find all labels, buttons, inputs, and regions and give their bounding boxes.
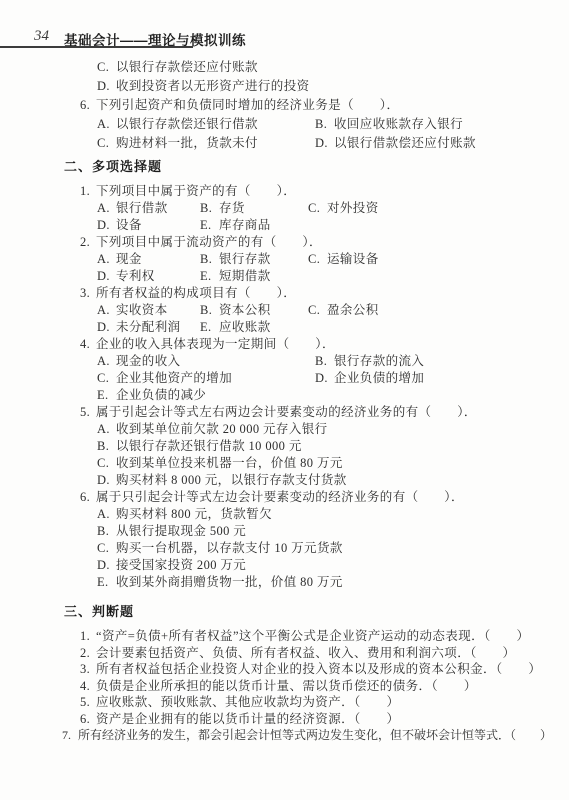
option-row: D.未分配利润 E.应收账款 [0, 319, 569, 336]
option-text: 企业负债的增加 [334, 371, 424, 385]
option-text: 收到某单位投来机器一台，价值 80 万元 [116, 456, 343, 470]
option-item: B.银行存款的流入 [315, 353, 424, 370]
judgment-item: 3.所有者权益包括企业投资人对企业的投入资本以及形成的资本公积金．（ ） [0, 661, 569, 678]
option-letter: C. [97, 134, 116, 153]
item-text: 所有者权益包括企业投资人对企业的投入资本以及形成的资本公积金．（ ） [96, 662, 541, 676]
page-content: C.以银行存款偿还应付账款 D.收到投资者以无形资产进行的投资 6.下列引起资产… [0, 48, 569, 744]
option-letter: E. [97, 387, 116, 404]
option-item: B.存货 [200, 200, 308, 217]
option-item: B.从银行提取现金 500 元 [0, 523, 569, 540]
item-text: 负债是企业所承担的能以货币计量、需以货币偿还的债务．（ ） [96, 679, 477, 693]
option-row: D.设备 E.库存商品 [0, 217, 569, 234]
option-row: A.以银行存款偿还银行借款 B.收回应收账款存入银行 [0, 115, 569, 134]
option-letter: C. [97, 455, 116, 472]
question-number: 5. [80, 404, 96, 421]
question-number: 1. [80, 183, 96, 200]
option-text: 资本公积 [219, 303, 271, 317]
option-item: D.收到投资者以无形资产进行的投资 [0, 77, 569, 96]
item-text: 所有经济业务的发生，都会引起会计恒等式两边发生变化，但不破坏会计恒等式．（ ） [78, 728, 552, 742]
option-text: 银行存款的流入 [334, 354, 424, 368]
question-item: 6.下列引起资产和负债同时增加的经济业务是（ ）． [0, 96, 569, 115]
option-item: A.购买材料 800 元，货款暂欠 [0, 506, 569, 523]
option-item: D.未分配利润 [97, 319, 200, 336]
option-item: D.购买材料 8 000 元，以银行存款支付货款 [0, 472, 569, 489]
option-text: 购买材料 8 000 元，以银行存款支付货款 [116, 473, 347, 487]
option-text: 收到某单位前欠款 20 000 元存入银行 [116, 422, 328, 436]
option-letter: D. [97, 77, 116, 96]
option-text: 收到某外商捐赠货物一批，价值 80 万元 [116, 575, 343, 589]
item-number: 1. [80, 628, 96, 645]
option-item: A.现金 [97, 251, 200, 268]
option-item: C.购买一台机器，以存款支付 10 万元货款 [0, 540, 569, 557]
option-letter: E. [200, 268, 219, 285]
item-number: 4. [80, 678, 96, 695]
item-text: 资产是企业拥有的能以货币计量的经济资源．（ ） [96, 712, 399, 726]
option-row: C.企业其他资产的增加 D.企业负债的增加 [0, 370, 569, 387]
option-letter: D. [315, 370, 334, 387]
option-letter: B. [200, 200, 219, 217]
option-row: C.购进材料一批，货款未付 D.以银行借款偿还应付账款 [0, 134, 569, 153]
question-number: 3. [80, 285, 96, 302]
option-letter: D. [97, 472, 116, 489]
option-item: E.企业负债的减少 [0, 387, 569, 404]
option-item: C.运输设备 [308, 251, 379, 268]
question-text: 属于只引起会计等式左边会计要素变动的经济业务的有（ ）． [96, 490, 464, 504]
option-text: 以银行存款偿还银行借款 [116, 117, 258, 131]
option-letter: A. [97, 421, 116, 438]
question-text: 下列引起资产和负债同时增加的经济业务是（ ）． [96, 98, 399, 112]
question-number: 2. [80, 234, 96, 251]
question-text: 下列项目中属于流动资产的有（ ）． [96, 235, 322, 249]
option-letter: C. [308, 251, 327, 268]
judgment-section: 1.“资产=负债+所有者权益”这个平衡公式是企业资产运动的动态表现．（ ） 2.… [0, 628, 569, 744]
option-item: A.实收资本 [97, 302, 200, 319]
item-number: 2. [80, 645, 96, 662]
question-number: 6. [80, 489, 96, 506]
option-letter: E. [97, 574, 116, 591]
option-item: C.企业其他资产的增加 [97, 370, 315, 387]
option-item: A.银行借款 [97, 200, 200, 217]
option-text: 盈余公积 [327, 303, 379, 317]
option-item: D.以银行借款偿还应付账款 [315, 134, 476, 153]
question-item: 3.所有者权益的构成项目有（ ）． [0, 285, 569, 302]
scanned-textbook-page: 34 基础会计——理论与模拟训练 C.以银行存款偿还应付账款 D.收到投资者以无… [0, 0, 569, 800]
option-letter: C. [97, 370, 116, 387]
option-item: C.以银行存款偿还应付账款 [0, 58, 569, 77]
option-letter: B. [97, 523, 116, 540]
option-text: 企业负债的减少 [116, 388, 206, 402]
option-text: 接受国家投资 200 万元 [116, 558, 246, 572]
option-letter: D. [97, 319, 116, 336]
question-item: 5.属于引起会计等式左右两边会计要素变动的经济业务的有（ ）． [0, 404, 569, 421]
option-item: D.企业负债的增加 [315, 370, 424, 387]
option-item: D.专利权 [97, 268, 200, 285]
option-letter: A. [97, 251, 116, 268]
option-item: E.库存商品 [200, 217, 271, 234]
judgment-item: 4.负债是企业所承担的能以货币计量、需以货币偿还的债务．（ ） [0, 678, 569, 695]
question-text: 属于引起会计等式左右两边会计要素变动的经济业务的有（ ）． [96, 405, 477, 419]
item-number: 7. [62, 727, 78, 744]
option-text: 购进材料一批，货款未付 [116, 136, 258, 150]
question-item: 1.下列项目中属于资产的有（ ）． [0, 183, 569, 200]
option-text: 以银行存款还银行借款 10 000 元 [116, 439, 302, 453]
option-text: 银行借款 [116, 201, 168, 215]
question-text: 企业的收入具体表现为一定期间（ ）． [96, 337, 335, 351]
question-item: 2.下列项目中属于流动资产的有（ ）． [0, 234, 569, 251]
option-letter: D. [97, 217, 116, 234]
option-item: B.以银行存款还银行借款 10 000 元 [0, 438, 569, 455]
single-choice-section-tail: C.以银行存款偿还应付账款 D.收到投资者以无形资产进行的投资 6.下列引起资产… [0, 58, 569, 153]
question-text: 下列项目中属于资产的有（ ）． [96, 184, 296, 198]
option-row: D.专利权 E.短期借款 [0, 268, 569, 285]
option-letter: A. [97, 115, 116, 134]
option-letter: C. [97, 58, 116, 77]
option-text: 企业其他资产的增加 [116, 371, 232, 385]
question-number: 4. [80, 336, 96, 353]
option-letter: C. [308, 200, 327, 217]
option-text: 实收资本 [116, 303, 168, 317]
option-text: 银行存款 [219, 252, 271, 266]
option-text: 库存商品 [219, 218, 271, 232]
option-text: 从银行提取现金 500 元 [116, 524, 246, 538]
option-text: 专利权 [116, 269, 155, 283]
option-letter: D. [97, 268, 116, 285]
judgment-item: 5.应收账款、预收账款、其他应收款均为资产．（ ） [0, 694, 569, 711]
judgment-item: 7.所有经济业务的发生，都会引起会计恒等式两边发生变化，但不破坏会计恒等式．（ … [0, 727, 569, 744]
header-rule [0, 46, 193, 48]
option-text: 未分配利润 [116, 320, 181, 334]
option-letter: D. [315, 134, 334, 153]
option-text: 购买材料 800 元，货款暂欠 [116, 507, 272, 521]
option-letter: A. [97, 506, 116, 523]
judgment-item: 2.会计要素包括资产、负债、所有者权益、收入、费用和利润六项．（ ） [0, 645, 569, 662]
option-letter: E. [200, 217, 219, 234]
option-text: 收回应收账款存入银行 [334, 117, 463, 131]
option-item: D.接受国家投资 200 万元 [0, 557, 569, 574]
option-text: 存货 [219, 201, 245, 215]
question-item: 6.属于只引起会计等式左边会计要素变动的经济业务的有（ ）． [0, 489, 569, 506]
option-text: 现金的收入 [116, 354, 181, 368]
option-letter: D. [97, 557, 116, 574]
item-text: 会计要素包括资产、负债、所有者权益、收入、费用和利润六项．（ ） [96, 646, 515, 660]
option-row: A.实收资本 B.资本公积 C.盈余公积 [0, 302, 569, 319]
item-number: 5. [80, 694, 96, 711]
option-text: 运输设备 [327, 252, 379, 266]
option-item: E.短期借款 [200, 268, 271, 285]
option-item: B.银行存款 [200, 251, 308, 268]
section-heading-judgment: 三、判断题 [64, 603, 569, 621]
option-item: C.购进材料一批，货款未付 [97, 134, 315, 153]
section-heading-multiple-choice: 二、多项选择题 [64, 158, 569, 176]
option-item: E.应收账款 [200, 319, 271, 336]
option-letter: E. [200, 319, 219, 336]
option-text: 购买一台机器，以存款支付 10 万元货款 [116, 541, 343, 555]
option-letter: C. [97, 540, 116, 557]
option-item: D.设备 [97, 217, 200, 234]
option-letter: B. [315, 115, 334, 134]
option-letter: B. [97, 438, 116, 455]
option-row: A.银行借款 B.存货 C.对外投资 [0, 200, 569, 217]
option-item: B.资本公积 [200, 302, 308, 319]
option-text: 应收账款 [219, 320, 271, 334]
question-text: 所有者权益的构成项目有（ ）． [96, 286, 296, 300]
option-text: 短期借款 [219, 269, 271, 283]
option-item: A.以银行存款偿还银行借款 [97, 115, 315, 134]
page-header: 34 基础会计——理论与模拟训练 [0, 0, 569, 48]
page-number: 34 [34, 28, 49, 45]
option-item: C.收到某单位投来机器一台，价值 80 万元 [0, 455, 569, 472]
option-text: 设备 [116, 218, 142, 232]
option-text: 现金 [116, 252, 142, 266]
option-letter: A. [97, 302, 116, 319]
option-item: A.现金的收入 [97, 353, 315, 370]
option-text: 收到投资者以无形资产进行的投资 [116, 79, 310, 93]
option-letter: C. [308, 302, 327, 319]
option-item: C.对外投资 [308, 200, 379, 217]
option-item: A.收到某单位前欠款 20 000 元存入银行 [0, 421, 569, 438]
multiple-choice-section: 1.下列项目中属于资产的有（ ）． A.银行借款 B.存货 C.对外投资 D.设… [0, 183, 569, 591]
judgment-item: 1.“资产=负债+所有者权益”这个平衡公式是企业资产运动的动态表现．（ ） [0, 628, 569, 645]
option-letter: A. [97, 353, 116, 370]
option-item: B.收回应收账款存入银行 [315, 115, 463, 134]
option-item: E.收到某外商捐赠货物一批，价值 80 万元 [0, 574, 569, 591]
option-row: A.现金的收入 B.银行存款的流入 [0, 353, 569, 370]
item-text: 应收账款、预收账款、其他应收款均为资产．（ ） [96, 695, 399, 709]
question-number: 6. [80, 96, 96, 115]
option-letter: B. [200, 302, 219, 319]
option-letter: A. [97, 200, 116, 217]
option-row: A.现金 B.银行存款 C.运输设备 [0, 251, 569, 268]
item-text: “资产=负债+所有者权益”这个平衡公式是企业资产运动的动态表现．（ ） [96, 629, 529, 643]
judgment-item: 6.资产是企业拥有的能以货币计量的经济资源．（ ） [0, 711, 569, 728]
item-number: 6. [80, 711, 96, 728]
option-text: 对外投资 [327, 201, 379, 215]
option-text: 以银行借款偿还应付账款 [334, 136, 476, 150]
option-letter: B. [315, 353, 334, 370]
item-number: 3. [80, 661, 96, 678]
question-item: 4.企业的收入具体表现为一定期间（ ）． [0, 336, 569, 353]
option-item: C.盈余公积 [308, 302, 379, 319]
option-letter: B. [200, 251, 219, 268]
option-text: 以银行存款偿还应付账款 [116, 60, 258, 74]
